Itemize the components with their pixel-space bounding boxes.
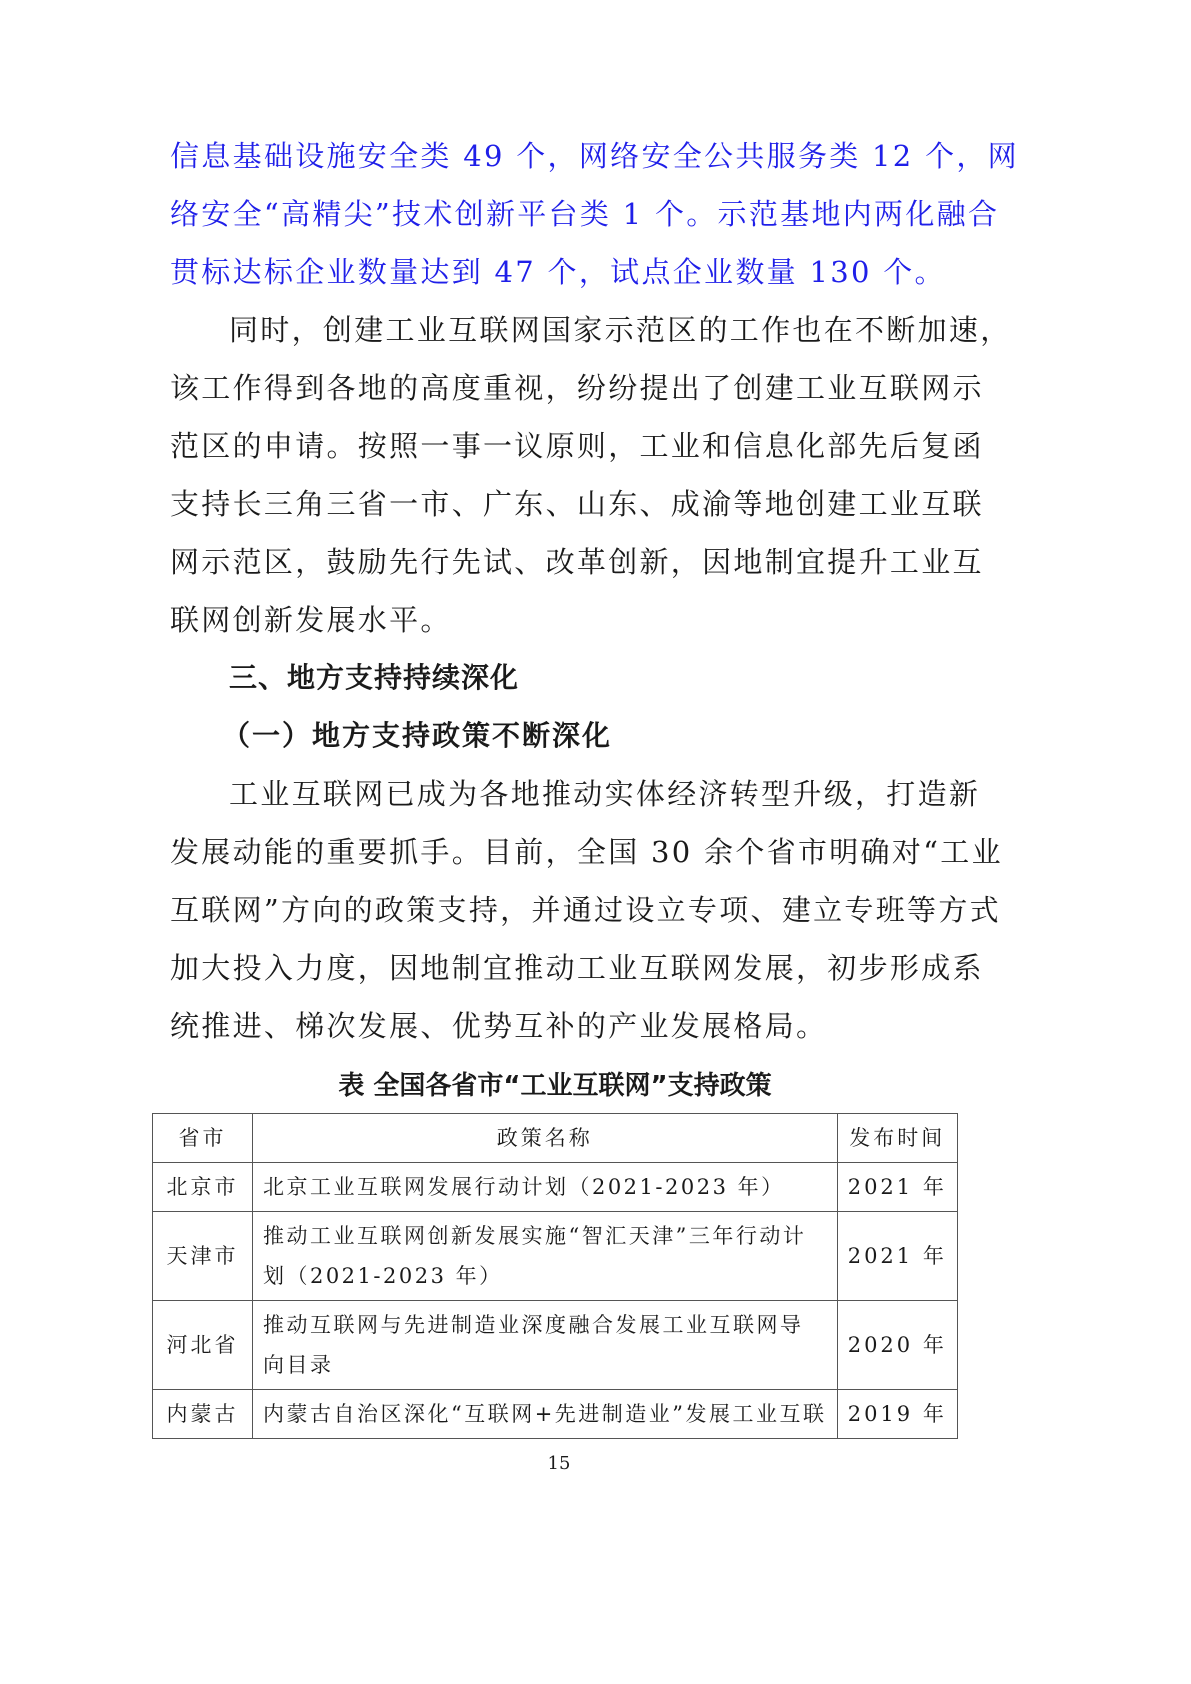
body-line: 工业互联网已成为各地推动实体经济转型升级，打造新	[229, 776, 949, 812]
body-line: 同时，创建工业互联网国家示范区的工作也在不断加速，	[229, 312, 949, 348]
body-line: 网示范区，鼓励先行先试、改革创新，因地制宜提升工业互	[170, 544, 945, 580]
body-line: 发展动能的重要抓手。目前，全国 30 余个省市明确对“工业	[170, 834, 945, 870]
cell-policy: 推动互联网与先进制造业深度融合发展工业互联网导向目录	[252, 1301, 837, 1390]
page-number: 15	[0, 1453, 1118, 1474]
section-heading: 三、地方支持持续深化	[229, 660, 1004, 696]
body-line: 信息基础设施安全类 49 个，网络安全公共服务类 12 个，网	[170, 138, 945, 174]
body-line: 范区的申请。按照一事一议原则，工业和信息化部先后复函	[170, 428, 945, 464]
cell-year: 2020 年	[837, 1301, 957, 1390]
cell-year: 2021 年	[837, 1163, 957, 1212]
cell-policy: 推动工业互联网创新发展实施“智汇天津”三年行动计划（2021-2023 年）	[252, 1212, 837, 1301]
table-row: 北京市 北京工业互联网发展行动计划（2021-2023 年） 2021 年	[153, 1163, 958, 1212]
body-line: 络安全“高精尖”技术创新平台类 1 个。示范基地内两化融合	[170, 196, 945, 232]
body-line: 加大投入力度，因地制宜推动工业互联网发展，初步形成系	[170, 950, 945, 986]
body-line: 统推进、梯次发展、优势互补的产业发展格局。	[170, 1008, 945, 1044]
header-region: 省市	[153, 1114, 253, 1163]
cell-year: 2019 年	[837, 1390, 957, 1439]
body-line: 联网创新发展水平。	[170, 602, 945, 638]
cell-region: 天津市	[153, 1212, 253, 1301]
cell-region: 北京市	[153, 1163, 253, 1212]
table-header-row: 省市 政策名称 发布时间	[153, 1114, 958, 1163]
body-line: 贯标达标企业数量达到 47 个，试点企业数量 130 个。	[170, 254, 945, 290]
body-line: 支持长三角三省一市、广东、山东、成渝等地创建工业互联	[170, 486, 945, 522]
table-row: 内蒙古 内蒙古自治区深化“互联网+先进制造业”发展工业互联 2019 年	[153, 1390, 958, 1439]
cell-policy: 内蒙古自治区深化“互联网+先进制造业”发展工业互联	[252, 1390, 837, 1439]
cell-year: 2021 年	[837, 1212, 957, 1301]
table-row: 河北省 推动互联网与先进制造业深度融合发展工业互联网导向目录 2020 年	[153, 1301, 958, 1390]
table-row: 天津市 推动工业互联网创新发展实施“智汇天津”三年行动计划（2021-2023 …	[153, 1212, 958, 1301]
subsection-heading: （一）地方支持政策不断深化	[222, 718, 997, 754]
table-caption: 表 全国各省市“工业互联网”支持政策	[0, 1065, 1110, 1102]
body-line: 互联网”方向的政策支持，并通过设立专项、建立专班等方式	[170, 892, 945, 928]
policy-table: 省市 政策名称 发布时间 北京市 北京工业互联网发展行动计划（2021-2023…	[152, 1113, 958, 1439]
cell-policy: 北京工业互联网发展行动计划（2021-2023 年）	[252, 1163, 837, 1212]
body-line: 该工作得到各地的高度重视，纷纷提出了创建工业互联网示	[170, 370, 945, 406]
cell-region: 内蒙古	[153, 1390, 253, 1439]
header-policy: 政策名称	[252, 1114, 837, 1163]
header-year: 发布时间	[837, 1114, 957, 1163]
cell-region: 河北省	[153, 1301, 253, 1390]
